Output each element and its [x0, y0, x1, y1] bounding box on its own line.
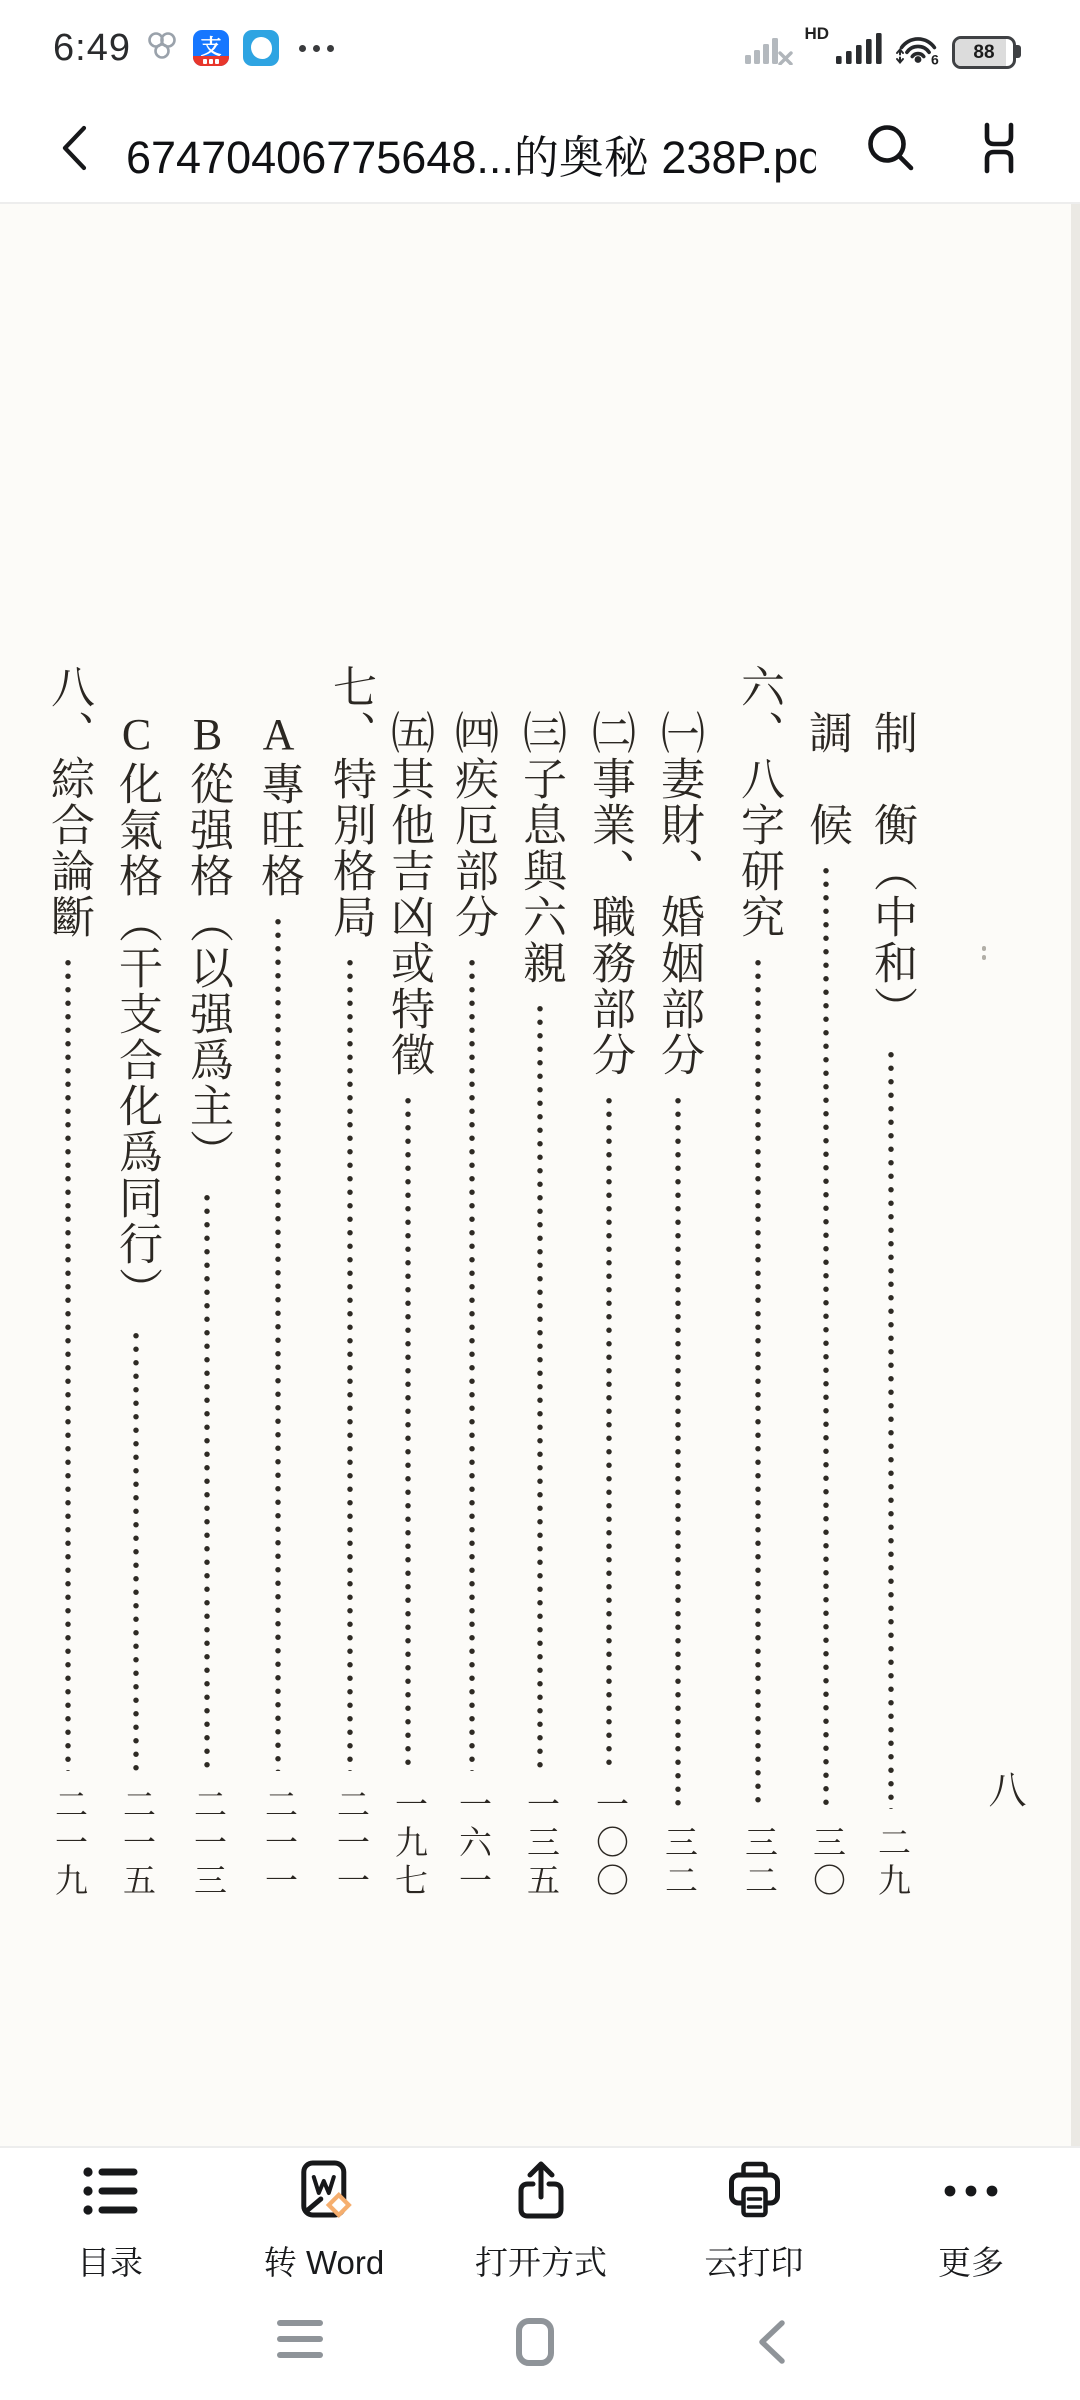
toc-entry: 七、特別格局二一一: [324, 664, 376, 1901]
toc-page-number: 一〇〇: [583, 1787, 635, 1901]
more-notifications-icon: [299, 45, 334, 52]
android-nav-bar: [0, 2292, 1080, 2400]
toc-leader-dots: [821, 864, 831, 1809]
toolbar-item-label: 目录: [77, 2237, 143, 2284]
toc-heading: 八、綜合論斷: [42, 664, 94, 940]
toc-heading: ㈡事業、職務部分: [583, 710, 635, 1078]
title-bar: 67470406775648...的奥秘 238P.pdf: [0, 96, 1080, 204]
wifi-generation-label: 6: [931, 52, 939, 66]
toolbar-item-toc-list[interactable]: 目录: [77, 2160, 143, 2284]
toc-page-number: 二一一: [324, 1787, 376, 1901]
bottom-toolbar: 目录转 Word打开方式云打印更多: [0, 2146, 1080, 2294]
toc-page-number: 二九: [865, 1825, 917, 1901]
toc-leader-dots: [673, 1094, 683, 1809]
toolbar-item-cloud-print[interactable]: 云打印: [705, 2160, 804, 2284]
toc-heading: ㈢子息與六親: [514, 710, 566, 986]
toolbar-item-word-convert[interactable]: 转 Word: [264, 2160, 384, 2284]
toc-leader-dots: [753, 956, 763, 1809]
open-with-icon: [511, 2160, 571, 2222]
toc-page-number: 三二: [732, 1825, 784, 1901]
document-tabs-icon[interactable]: [972, 120, 1026, 181]
toc-entry: ㈢子息與六親一三五: [514, 710, 566, 1901]
sim1-no-signal-icon: [745, 33, 793, 70]
toolbar-item-label: 云打印: [705, 2237, 804, 2284]
toc-entry: ㈠妻財、婚姻部分三二: [652, 710, 704, 1901]
toc-leader-dots: [604, 1094, 614, 1771]
toc-heading: 調 候: [800, 710, 852, 848]
toolbar-item-more[interactable]: 更多: [938, 2160, 1004, 2284]
toc-entry: 制 衡（中和）二九: [865, 710, 917, 1901]
toc-page-number: 一六一: [446, 1787, 498, 1901]
toolbar-item-label: 打开方式: [475, 2237, 607, 2284]
search-icon[interactable]: [862, 119, 920, 182]
alipay-notification-icon: 支: [193, 30, 229, 66]
toolbar-item-label: 转 Word: [264, 2237, 384, 2284]
toc-page-number: 二一九: [42, 1787, 94, 1901]
toc-leader-dots: [467, 956, 477, 1771]
more-icon: [941, 2160, 1001, 2222]
toc-entry: ㈤其他吉凶或特徵一九七: [382, 710, 434, 1901]
toc-entry: ㈣疾厄部分一六一: [446, 710, 498, 1901]
toc-heading: 制 衡（中和）: [865, 710, 917, 1032]
phone-screen: 6:49 支: [0, 0, 1080, 2400]
scan-speck: [982, 946, 987, 962]
clock: 6:49: [53, 27, 131, 70]
toc-leader-dots: [202, 1191, 212, 1771]
circles-app-icon: [145, 30, 179, 67]
back-button[interactable]: [56, 122, 100, 179]
toc-leader-dots: [403, 1094, 413, 1771]
document-title: 67470406775648...的奥秘 238P.pdf: [126, 121, 816, 186]
cloud-print-icon: [724, 2160, 784, 2222]
toc-leader-dots: [273, 915, 283, 1771]
home-icon[interactable]: [515, 2318, 555, 2371]
toc-heading: C化氣格（干支合化爲同行）: [110, 710, 162, 1313]
page-edge-shadow: [1071, 204, 1080, 2146]
toc-page-number: 二一五: [110, 1787, 162, 1901]
toc-entry: 調 候三〇: [800, 710, 852, 1901]
toc-heading: ㈣疾厄部分: [446, 710, 498, 940]
toc-page-number: 一三五: [514, 1787, 566, 1901]
toc-leader-dots: [63, 956, 73, 1771]
battery-indicator: 88: [952, 36, 1016, 69]
toc-entry: C化氣格（干支合化爲同行）二一五: [110, 710, 162, 1901]
back-nav-icon[interactable]: [754, 2318, 790, 2371]
hd-indicator: HD: [804, 24, 829, 44]
toolbar-item-open-with[interactable]: 打开方式: [475, 2160, 607, 2284]
toc-heading: ㈠妻財、婚姻部分: [652, 710, 704, 1078]
toc-leader-dots: [345, 956, 355, 1771]
toc-heading: B從强格（以强爲主）: [181, 710, 233, 1175]
toc-heading: 七、特別格局: [324, 664, 376, 940]
toc-list-icon: [80, 2160, 140, 2222]
toc-leader-dots: [886, 1048, 896, 1809]
sim2-signal-icon: [836, 33, 882, 70]
toc-heading: ㈤其他吉凶或特徵: [382, 710, 434, 1078]
toc-leader-dots: [131, 1329, 141, 1771]
toc-entry: 八、綜合論斷二一九: [42, 664, 94, 1901]
toc-page-number: 三二: [652, 1825, 704, 1901]
toc-leader-dots: [535, 1002, 545, 1771]
page-folio-number: 八: [976, 1770, 1031, 1808]
toc-page-number: 二一三: [181, 1787, 233, 1901]
toc-page-number: 一九七: [382, 1787, 434, 1901]
toolbar-item-label: 更多: [938, 2237, 1004, 2284]
wifi6-icon: 6: [893, 31, 941, 70]
battery-percent: 88: [973, 42, 994, 64]
toc-entry: 六、八字研究三二: [732, 664, 784, 1901]
word-convert-icon: [293, 2160, 355, 2222]
toc-page-number: 三〇: [800, 1825, 852, 1901]
toc-entry: B從强格（以强爲主）二一三: [181, 710, 233, 1901]
menu-icon[interactable]: [276, 2318, 324, 2365]
toc-heading: A專旺格: [252, 710, 304, 899]
pdf-page[interactable]: 制 衡（中和）二九調 候三〇六、八字研究三二㈠妻財、婚姻部分三二㈡事業、職務部分…: [0, 204, 1080, 2146]
toc-entry: ㈡事業、職務部分一〇〇: [583, 710, 635, 1901]
toc-heading: 六、八字研究: [732, 664, 784, 940]
blue-app-notification-icon: [243, 30, 279, 66]
toc-page-number: 二一一: [252, 1787, 304, 1901]
status-bar: 6:49 支: [0, 0, 1080, 96]
toc-entry: A專旺格二一一: [252, 710, 304, 1901]
